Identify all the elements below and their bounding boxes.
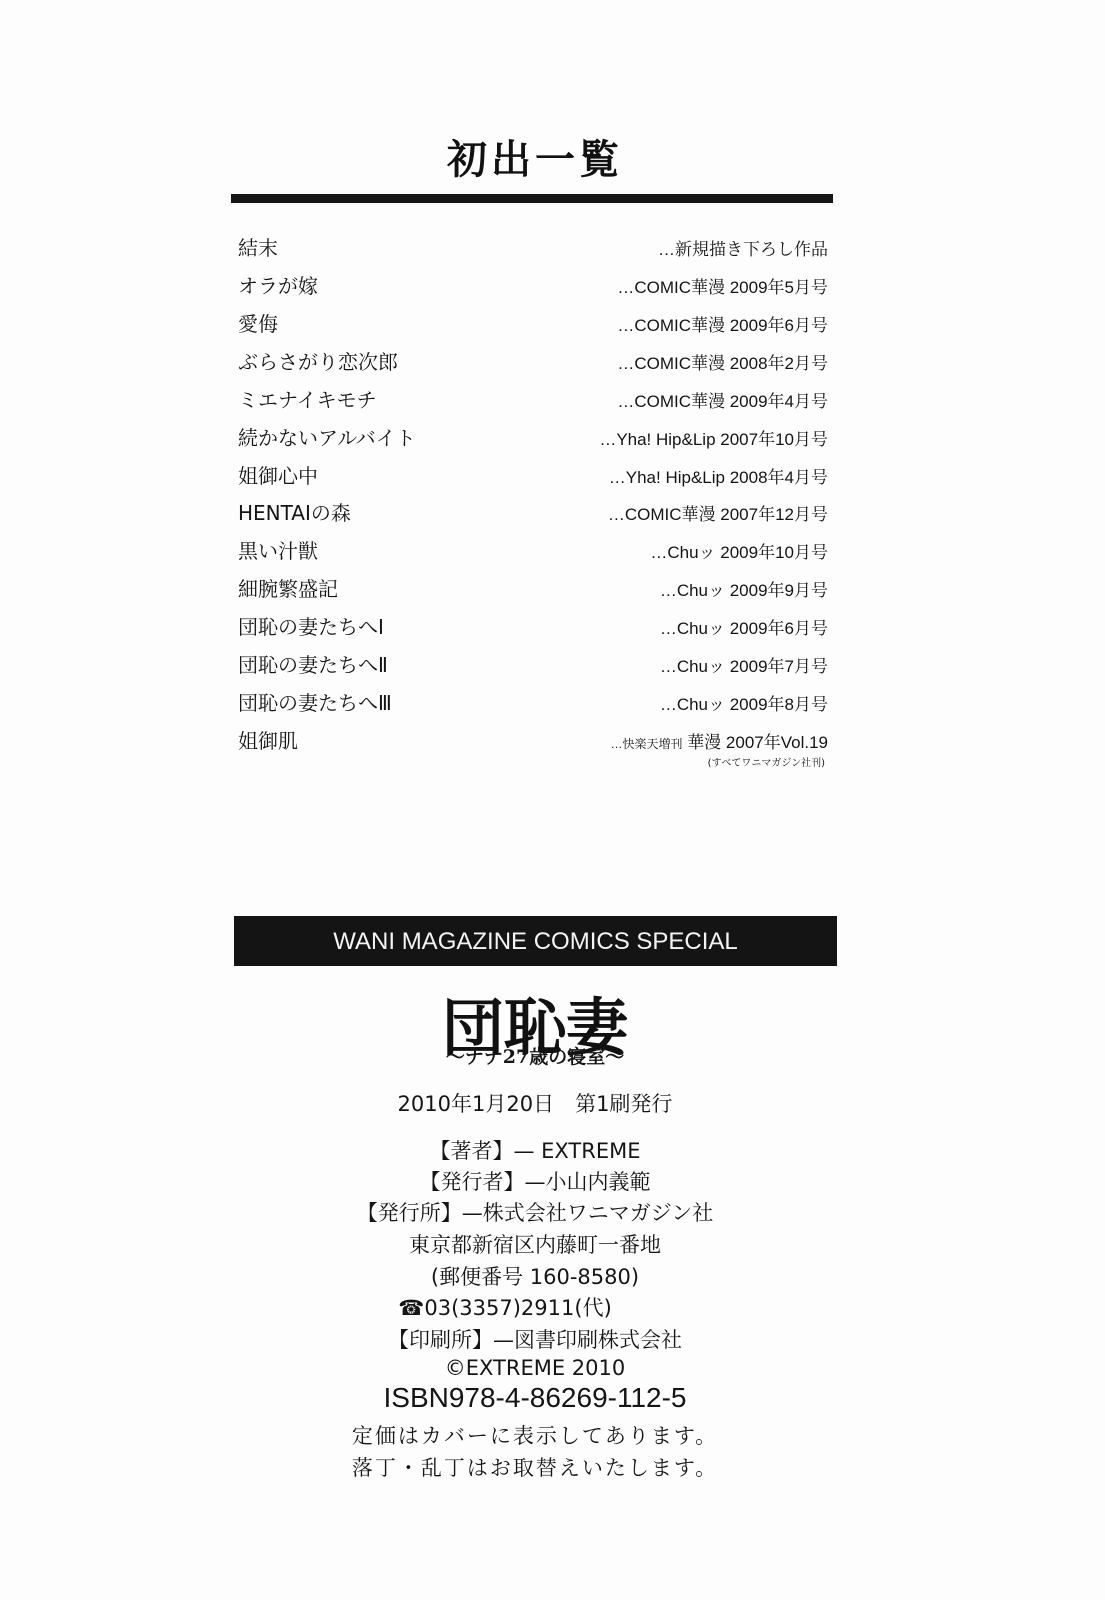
publisher-person-line: 【発行者】—小山内義範 <box>0 1166 1070 1196</box>
work-source: …快楽天増刊 華漫 2007年Vol.19 <box>610 728 828 753</box>
price-note: 定価はカバーに表示してあります。 <box>0 1420 1070 1450</box>
list-item: ミエナイキモチ…COMIC華漫 2009年4月号 <box>238 384 828 414</box>
source-prefix: …快楽天増刊 <box>610 737 682 751</box>
work-source: …COMIC華漫 2009年5月号 <box>617 273 828 298</box>
work-title: 愛侮 <box>238 308 278 337</box>
work-title: ミエナイキモチ <box>238 384 377 413</box>
list-item: 団恥の妻たちへⅠ…Chuッ 2009年6月号 <box>238 611 828 641</box>
work-title: 続かないアルバイト <box>238 422 416 451</box>
work-source: …Chuッ 2009年9月号 <box>660 576 828 601</box>
work-source: …Chuッ 2009年6月号 <box>660 614 828 639</box>
list-item: 愛侮…COMIC華漫 2009年6月号 <box>238 308 828 338</box>
list-item: 団恥の妻たちへⅡ…Chuッ 2009年7月号 <box>238 649 828 679</box>
publisher-note: (すべてワニマガジン社刊) <box>708 754 825 769</box>
copyright-line: ©EXTREME 2010 <box>0 1356 1070 1380</box>
work-source: …COMIC華漫 2009年4月号 <box>617 387 828 412</box>
work-title: 姐御心中 <box>238 460 318 489</box>
list-item: 姐御肌…快楽天増刊 華漫 2007年Vol.19 <box>238 725 828 755</box>
replacement-note: 落丁・乱丁はお取替えいたします。 <box>0 1452 1070 1482</box>
list-item: 団恥の妻たちへⅢ…Chuッ 2009年8月号 <box>238 687 828 717</box>
series-banner: WANI MAGAZINE COMICS SPECIAL <box>234 916 837 966</box>
work-title: 姐御肌 <box>238 725 298 754</box>
work-source: …COMIC華漫 2007年12月号 <box>608 500 828 525</box>
list-item: オラが嫁…COMIC華漫 2009年5月号 <box>238 270 828 300</box>
work-source: …COMIC華漫 2008年2月号 <box>617 349 828 374</box>
work-source: …COMIC華漫 2009年6月号 <box>617 311 828 336</box>
postal-line: (郵便番号 160-8580) <box>0 1261 1070 1291</box>
work-title: HENTAIの森 <box>238 497 351 526</box>
work-title: 団恥の妻たちへⅢ <box>238 687 392 716</box>
work-title: 団恥の妻たちへⅠ <box>238 611 384 640</box>
work-source: …Yha! Hip&Lip 2007年10月号 <box>599 425 828 450</box>
list-item: 結末…新規描き下ろし作品 <box>238 232 828 262</box>
heading-rule <box>231 194 833 203</box>
list-item: 黒い汁獣…Chuッ 2009年10月号 <box>238 535 828 565</box>
list-item: HENTAIの森…COMIC華漫 2007年12月号 <box>238 497 828 527</box>
publisher-line: 【発行所】—株式会社ワニマガジン社 <box>0 1197 1070 1227</box>
work-title: 黒い汁獣 <box>238 535 318 564</box>
work-title: 細腕繁盛記 <box>238 573 338 602</box>
list-item: 細腕繁盛記…Chuッ 2009年9月号 <box>238 573 828 603</box>
work-title: ぶらさがり恋次郎 <box>238 346 398 375</box>
address-line: 東京都新宿区内藤町一番地 <box>0 1229 1070 1259</box>
work-title: オラが嫁 <box>238 270 318 299</box>
isbn: ISBN978-4-86269-112-5 <box>0 1382 1070 1414</box>
author-line: 【著者】— EXTREME <box>0 1135 1070 1165</box>
work-source: …Chuッ 2009年8月号 <box>660 690 828 715</box>
list-item: 姐御心中…Yha! Hip&Lip 2008年4月号 <box>238 460 828 490</box>
printer-line: 【印刷所】—図書印刷株式会社 <box>0 1324 1070 1354</box>
work-source: …Yha! Hip&Lip 2008年4月号 <box>609 463 828 488</box>
work-source: …新規描き下ろし作品 <box>658 235 828 260</box>
work-title: 団恥の妻たちへⅡ <box>238 649 388 678</box>
list-item: ぶらさがり恋次郎…COMIC華漫 2008年2月号 <box>238 346 828 376</box>
publish-date: 2010年1月20日 第1刷発行 <box>0 1088 1070 1118</box>
phone-line: ☎03(3357)2911(代) <box>0 1292 1070 1322</box>
work-source: …Chuッ 2009年7月号 <box>660 652 828 677</box>
work-source: …Chuッ 2009年10月号 <box>650 538 828 563</box>
book-subtitle: 〜ナナ27歳の寝室〜 <box>0 1042 1070 1069</box>
page-heading: 初出一覧 <box>0 128 1070 185</box>
list-item: 続かないアルバイト…Yha! Hip&Lip 2007年10月号 <box>238 422 828 452</box>
work-title: 結末 <box>238 232 278 261</box>
